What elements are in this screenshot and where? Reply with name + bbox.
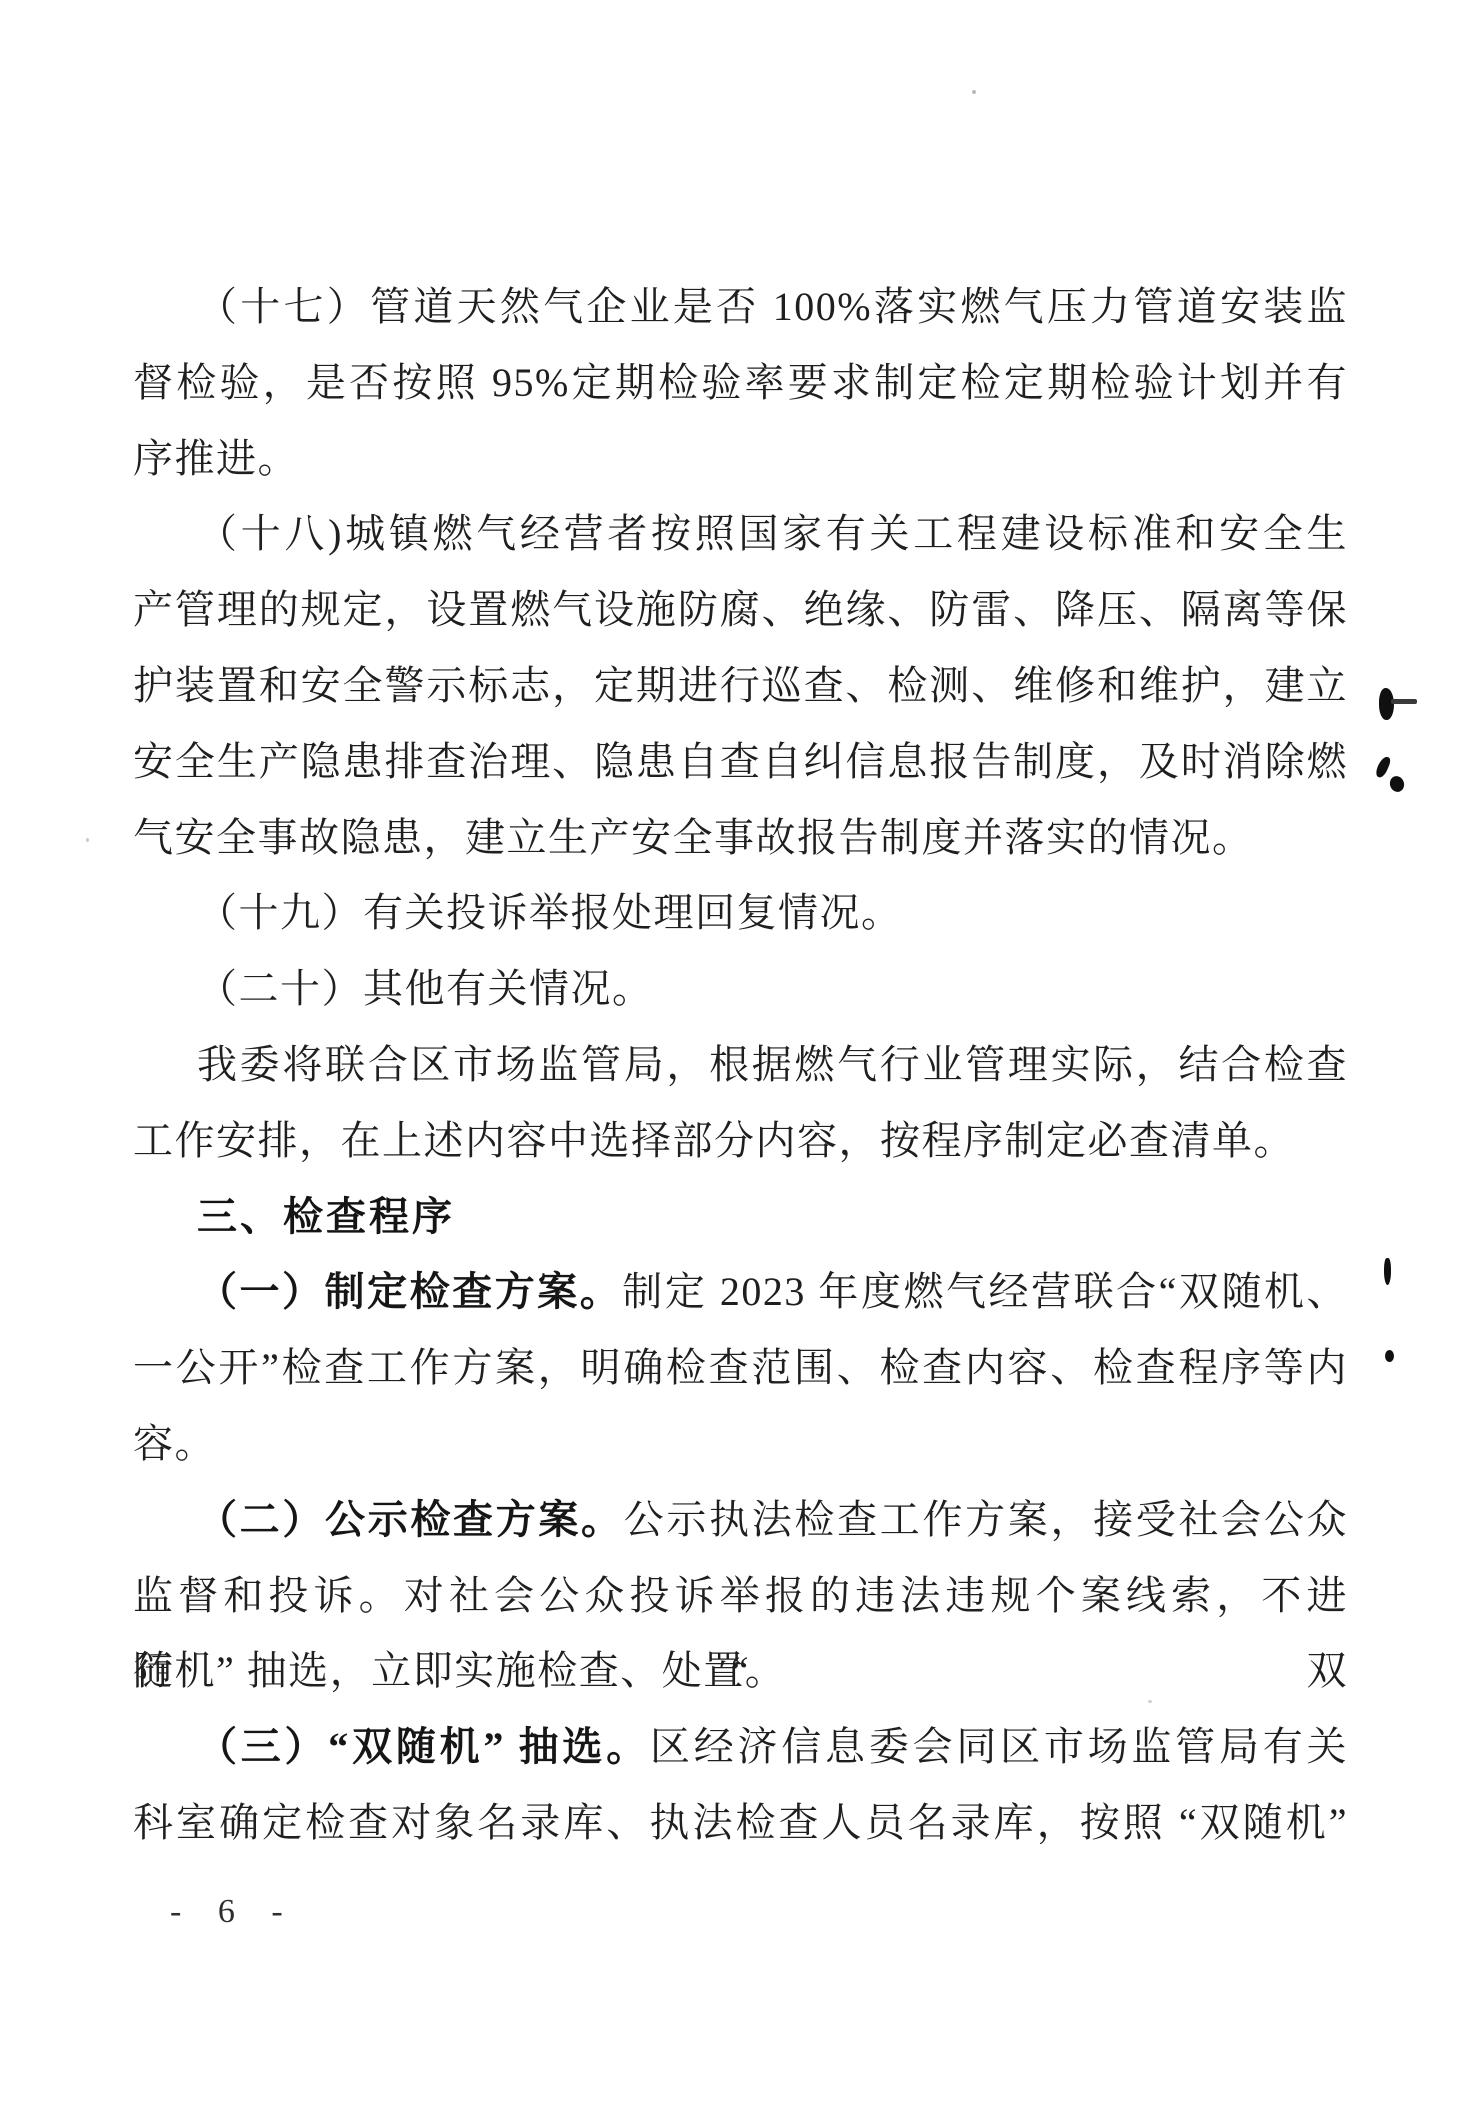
line-text: 制定 2023 年度燃气经营联合“双随机、: [622, 1269, 1348, 1314]
line-text: （十八)城镇燃气经营者按照国家有关工程建设标准和安全生: [197, 511, 1348, 556]
text-line: 护装置和安全警示标志，定期进行巡查、检测、维修和维护，建立: [133, 648, 1348, 724]
text-line: 监督和投诉。对社会公众投诉举报的违法违规个案线索，不进行“双: [133, 1558, 1348, 1634]
text-line: 安全生产隐患排查治理、隐患自查自纠信息报告制度，及时消除燃: [133, 724, 1348, 800]
text-line: 科室确定检查对象名录库、执法检查人员名录库，按照 “双随机”: [133, 1785, 1348, 1861]
text-line: （十八)城镇燃气经营者按照国家有关工程建设标准和安全生: [133, 496, 1348, 572]
ink-smudge-icon: [1385, 1350, 1394, 1362]
line-text: 我委将联合区市场监管局，根据燃气行业管理实际，结合检查: [197, 1042, 1348, 1087]
line-text: 督检验，是否按照 95%定期检验率要求制定检定期检验计划并有: [133, 360, 1348, 405]
line-text: （二十）其他有关情况。: [197, 966, 654, 1011]
scan-speck-icon: [86, 838, 89, 842]
text-line: （十七）管道天然气企业是否 100%落实燃气压力管道安装监: [133, 269, 1348, 345]
line-text: 公示执法检查工作方案，接受社会公众: [624, 1497, 1348, 1542]
line-text: 科室确定检查对象名录库、执法检查人员名录库，按照 “双随机”: [133, 1800, 1348, 1845]
line-text: 序推进。: [133, 436, 299, 481]
document-body: （十七）管道天然气企业是否 100%落实燃气压力管道安装监督检验，是否按照 95…: [133, 269, 1348, 1861]
line-text: 产管理的规定，设置燃气设施防腐、绝缘、防雷、降压、隔离等保: [133, 587, 1348, 632]
line-text: 一公开”检查工作方案，明确检查范围、检查内容、检查程序等内: [133, 1345, 1348, 1390]
text-line: 容。: [133, 1406, 1348, 1482]
ink-smudge-icon: [1379, 688, 1394, 720]
lead-bold-text: （一）制定检查方案。: [197, 1269, 622, 1314]
ink-smudge-icon: [1374, 755, 1392, 779]
ink-smudge-icon: [1391, 699, 1417, 704]
line-text: （十七）管道天然气企业是否 100%落实燃气压力管道安装监: [197, 284, 1348, 329]
line-text: 区经济信息委会同区市场监管局有关: [650, 1724, 1348, 1769]
text-line: 督检验，是否按照 95%定期检验率要求制定检定期检验计划并有: [133, 345, 1348, 421]
text-line: 我委将联合区市场监管局，根据燃气行业管理实际，结合检查: [133, 1027, 1348, 1103]
line-text: （十九）有关投诉举报处理回复情况。: [197, 890, 903, 935]
scan-speck-icon: [1148, 1700, 1152, 1703]
text-line: （二十）其他有关情况。: [133, 951, 1348, 1027]
scan-speck-icon: [972, 90, 976, 94]
line-text: 工作安排，在上述内容中选择部分内容，按程序制定必查清单。: [133, 1118, 1295, 1163]
footer-page-number: - 6 -: [170, 1893, 297, 1931]
section-heading: 三、检查程序: [133, 1179, 1348, 1255]
text-line: 一公开”检查工作方案，明确检查范围、检查内容、检查程序等内: [133, 1330, 1348, 1406]
line-text: 安全生产隐患排查治理、隐患自查自纠信息报告制度，及时消除燃: [133, 739, 1348, 784]
line-text: 气安全事故隐患，建立生产安全事故报告制度并落实的情况。: [133, 815, 1254, 860]
text-line: （三）“双随机” 抽选。区经济信息委会同区市场监管局有关: [133, 1709, 1348, 1785]
document-page: （十七）管道天然气企业是否 100%落实燃气压力管道安装监督检验，是否按照 95…: [0, 0, 1482, 2104]
text-line: （十九）有关投诉举报处理回复情况。: [133, 875, 1348, 951]
text-line: 气安全事故隐患，建立生产安全事故报告制度并落实的情况。: [133, 800, 1348, 876]
text-line: （一）制定检查方案。制定 2023 年度燃气经营联合“双随机、: [133, 1254, 1348, 1330]
lead-bold-text: （二）公示检查方案。: [197, 1497, 624, 1542]
text-line: 产管理的规定，设置燃气设施防腐、绝缘、防雷、降压、隔离等保: [133, 572, 1348, 648]
line-text: 三、检查程序: [197, 1194, 455, 1239]
line-text: 护装置和安全警示标志，定期进行巡查、检测、维修和维护，建立: [133, 663, 1348, 708]
ink-smudge-icon: [1384, 1258, 1391, 1285]
text-line: （二）公示检查方案。公示执法检查工作方案，接受社会公众: [133, 1482, 1348, 1558]
line-text: 随机” 抽选，立即实施检查、处置。: [133, 1648, 786, 1693]
text-line: 序推进。: [133, 421, 1348, 497]
text-line: 工作安排，在上述内容中选择部分内容，按程序制定必查清单。: [133, 1103, 1348, 1179]
line-text: 容。: [133, 1421, 216, 1466]
lead-bold-text: （三）“双随机” 抽选。: [197, 1724, 650, 1769]
ink-smudge-icon: [1388, 774, 1406, 794]
